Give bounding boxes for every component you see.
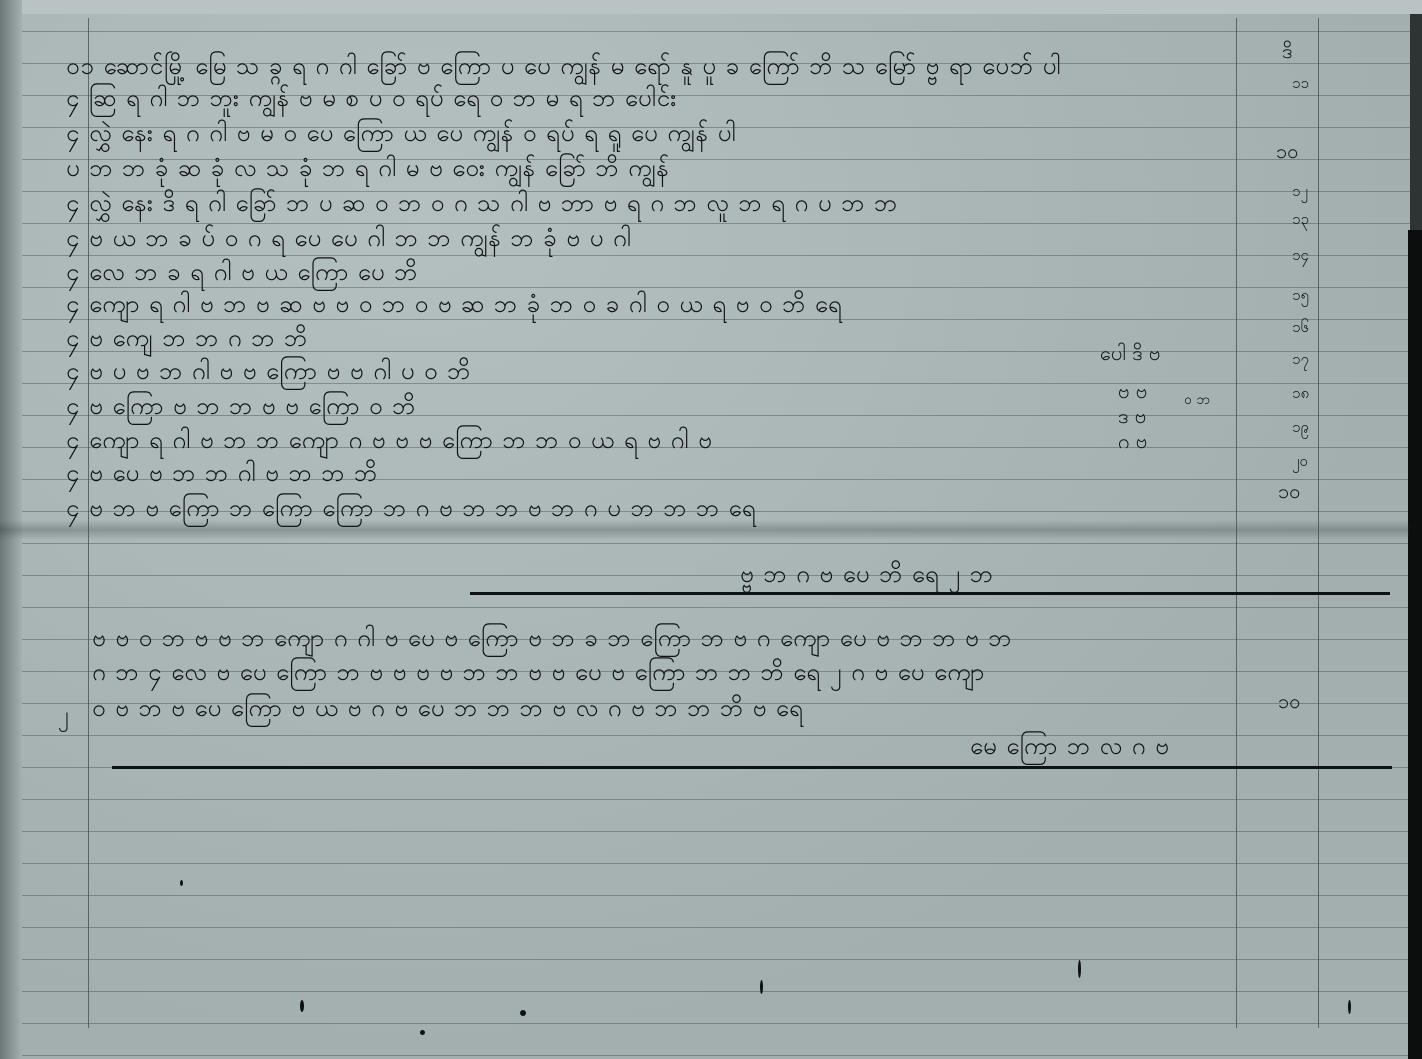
inline-note-small: ဝ ဘ [1184,390,1210,411]
right-margin-total-4: ၁၀ [1278,688,1301,718]
margin-num-9: ၁၉ [1292,418,1309,440]
right-margin-rule-2 [1318,18,1319,1028]
signature: မေ ကြော ဘ လ ဂ ဗ [970,730,1170,766]
text-line-1: ဝ၁ ဆောင်မြို့ မြေ သ ခ္ဂ ရ ဂ ဂါ ခြော် ဗ က… [66,50,1061,86]
margin-num-2: ၁၂ [1292,182,1308,204]
page-top-edge [0,0,1422,14]
ink-speck [1348,1000,1351,1014]
inline-note-1: ပေါ ဒိ ဗ [1100,340,1160,370]
margin-num-8: ၁၈ [1292,384,1309,406]
right-margin-total-3: ၁၀ [1278,478,1301,508]
margin-num-5: ၁၅ [1292,286,1309,308]
ink-speck [520,1010,526,1016]
centered-summary-line: ဗ္ဗ ဘ ဂ ဗ ပေ ဘိ ရေ ၂ ဘ [740,558,994,594]
right-margin-total-1: ဒိ [1282,38,1292,68]
text-line-9: ၄ ဗ ကျေ ဘ ဘ ဂ ဘ ဘိ [66,322,308,358]
text-line-11: ၄ ဗ ကြော ဗ ဘ ဘ ဗ ဗ ကြော ဝ ဘိ [66,390,416,426]
text-line-8: ၄ ကျော ရ ဂါ ဗ ဘ ဗ ဆ ဗ ဗ ဝ ဘ ဝ ဗ ဆ ဘ ခုံ … [66,288,843,324]
inline-note-4: ဂ ဗ [1118,428,1147,458]
text-line-3: ၄ လွှဲ နေး ရ ဂ ဂါ ဗ မ ဝ ပေ ကြော ယ ပေ ကျွ… [66,117,736,153]
margin-num-6: ၁၆ [1292,318,1309,340]
text-line-10: ၄ ဗ ပ ဗ ဘ ဂါ ဗ ဗ ကြော ဗ ဗ ဂါ ပ ဝ ဘိ [66,355,471,391]
divider-rule-2 [112,766,1392,769]
text-line-b2-2: ဂ ဘ ၄ လေ ဗ ပေ ကြော ဘ ဗ ဗ ဗ ဗ ဘ ဘ ဗ ဗ ပေ … [92,656,985,692]
text-line-13: ၄ ဗ ပေ ဗ ဘ ဘ ဂါ ဗ ဘ ဘ ဘိ [66,457,378,493]
divider-rule-1 [470,592,1390,595]
margin-num-4: ၁၄ [1292,246,1309,268]
ink-speck [1078,960,1081,978]
text-line-b2-3: ဝ ဗ ဘ ဗ ပေ ကြော ဗ ယ ဗ ဂ ဗ ပေ ဘ ဘ ဘ ဗ လ ဂ… [92,692,804,728]
margin-num-3: ၁၃ [1292,210,1309,232]
text-line-2: ၄ ဆြ ရ ဂါ ဘ ဘူး ကျွန် ဗ မ စ ပ ဝ ရပ် ရေ ဝ… [66,82,677,118]
page-right-shadow [1408,230,1422,1059]
text-line-5: ၄ လွှဲ နေး ဒိ ရ ဂါ ခြော် ဘ ပ ဆ ဝ ဘ ဝ ဂ သ… [66,187,898,223]
left-margin-mark: ၂ [58,700,69,733]
right-margin-total-2: ၁၀ [1276,138,1299,168]
text-line-14: ၄ ဗ ဘ ဗ ကြော ဘ ကြော ကြော ဘ ဂ ဗ ဘ ဘ ဗ ဘ ဂ… [66,492,756,528]
text-line-4: ပ ဘ ဘ ခုံ ဆ ခုံ လ သ ခုံ ဘ ရ ဂါ မ ဗ ဝေး က… [66,152,670,188]
text-line-6: ၄ ဗ ယ ဘ ခ ပ် ဝ ဂ ရ ပေ ပေ ဂါ ဘ ဘ ကျွန် ဘ … [66,222,632,258]
margin-num-7: ၁၇ [1292,350,1309,372]
margin-num-10: ၂၀ [1292,452,1308,474]
right-margin-rule-1 [1236,18,1237,1028]
ink-speck [760,980,763,994]
ink-speck [300,1000,304,1012]
ink-speck [180,880,183,886]
ink-speck [420,1030,425,1035]
margin-num-1: ၁၁ [1292,74,1309,96]
text-line-7: ၄ လေ ဘ ခ ရ ဂါ ဗ ယ ကြော ပေ ဘိ [66,256,418,292]
text-line-b2-1: ဗ ဗ ဝ ဘ ဗ ဗ ဘ ကျော ဂ ဂါ ဗ ပေ ဗ ကြော ဗ ဘ … [92,622,1012,658]
text-line-12: ၄ ကျော ရ ဂါ ဗ ဘ ဘ ကျော ဂ ဗ ဗ ဗ ကြော ဘ ဘ … [66,424,713,460]
